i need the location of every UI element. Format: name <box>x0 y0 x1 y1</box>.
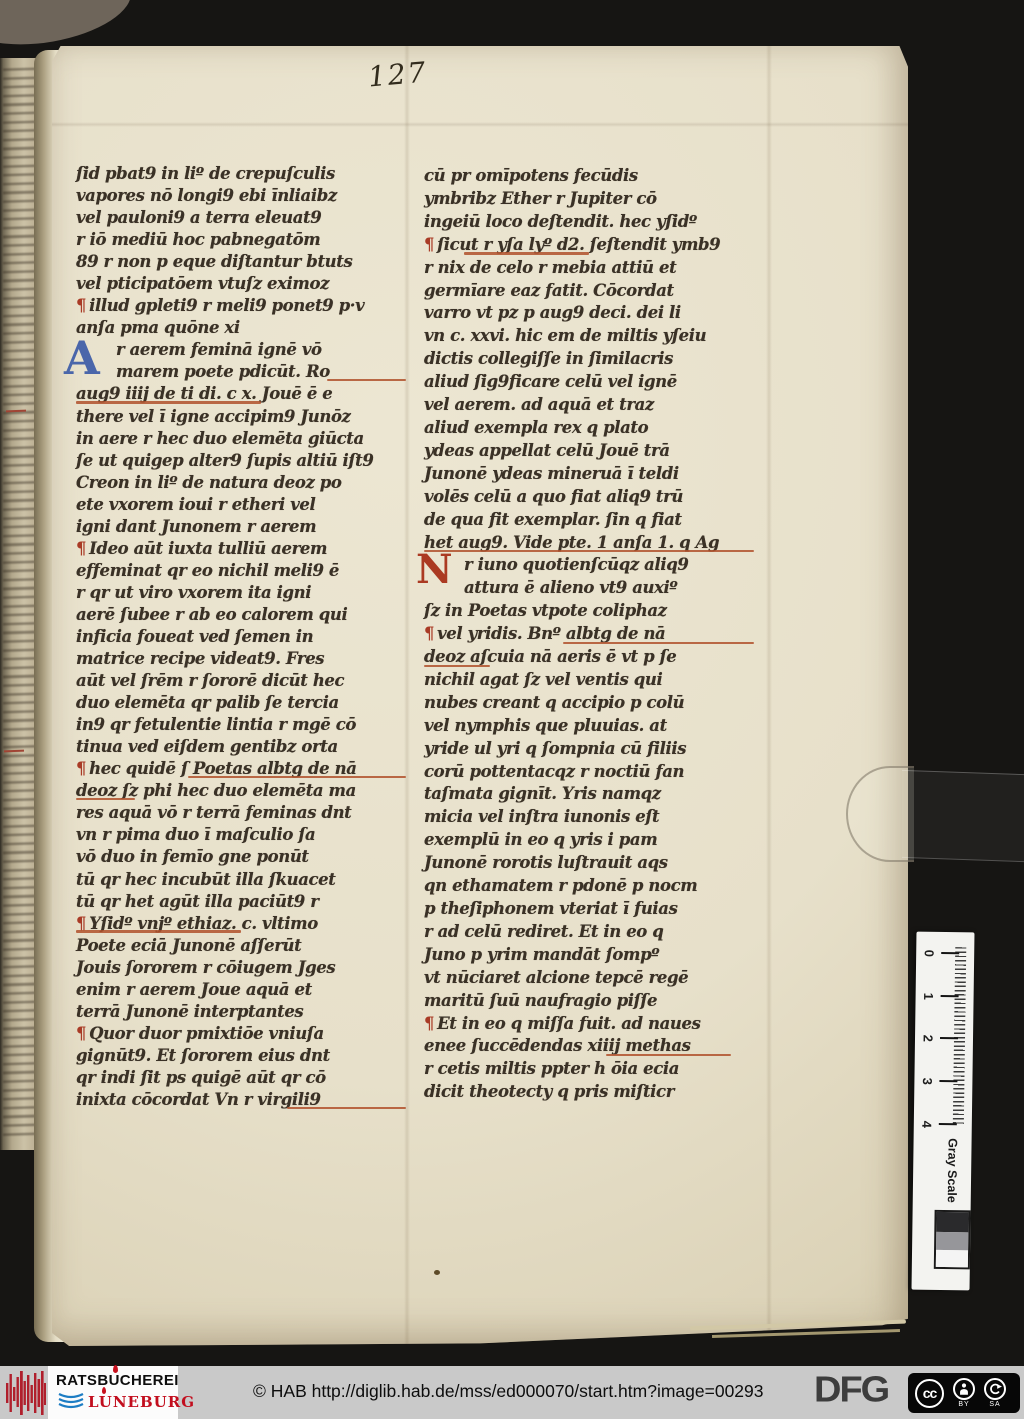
manuscript-line: aug9 iiij de ti di. c x. Jouē ē e <box>76 383 406 405</box>
manuscript-line: vn c. xxvi. hic em de miltis yſeiu <box>424 325 754 348</box>
manuscript-line: r qr ut viro vxorem ita igni <box>76 582 406 604</box>
manuscript-line: r ad celū rediret. Et in eo q <box>424 921 754 944</box>
manuscript-line: inixta cōcordat Vn r virgili9 <box>76 1089 406 1111</box>
manuscript-line: res aquā vō r terrā feminas dnt <box>76 802 406 824</box>
library-name: RATSBUCHEREI <box>56 1372 179 1389</box>
ruler-major-tick <box>939 1080 957 1082</box>
ruler-number: 2 <box>920 1031 935 1047</box>
rubric-paragraph-mark: ¶ <box>76 539 86 558</box>
manuscript-line: tū qr het agūt illa paciūt9 r <box>76 891 406 913</box>
manuscript-line: vel pauloni9 a terra eleuat9 <box>76 207 406 229</box>
cc-by-icon: BY <box>953 1378 975 1408</box>
manuscript-line: ingeiū loco deſtendit. hec yſidº <box>424 211 754 234</box>
manuscript-line: ¶hec quidē ſ Poetas albtg de nā <box>76 758 406 780</box>
ratsbuecherei-logo-icon <box>6 1371 46 1415</box>
manuscript-line: corū pottentacqz r noctiū fan <box>424 761 754 784</box>
ruler-number: 0 <box>922 945 937 961</box>
manuscript-line: Jouis ſororem r cōiugem Jges <box>76 957 406 979</box>
manuscript-line: vn r pima duo ī maſculio ſa <box>76 824 406 846</box>
manuscript-line: r iō mediū hoc pabnegatōm <box>76 229 406 251</box>
library-city: LUNEBURG <box>88 1393 195 1411</box>
manuscript-line: anſa pma quōne xi <box>76 317 406 339</box>
rubric-underline <box>76 401 261 403</box>
manuscript-line: ydeas appellat celū Jouē trā <box>424 440 754 463</box>
illuminated-initial: A <box>64 335 100 381</box>
gray-scale-ruler: Gray Scale 01234 <box>912 932 975 1291</box>
ruler-major-tick <box>941 995 959 997</box>
rubric-paragraph-mark: ¶ <box>424 1014 434 1033</box>
rubric-underline <box>76 930 241 932</box>
manuscript-line: ſe ut quigep alter9 ſupis altiū iſt9 <box>76 450 406 472</box>
manuscript-line: qr indi ſit ps quigē aūt qr cō <box>76 1067 406 1089</box>
manuscript-line: vel pticipatōem vtuſz eximoz <box>76 273 406 295</box>
manuscript-line: vō duo in femīo gne ponūt <box>76 846 406 868</box>
rubric-underline <box>188 776 406 778</box>
manuscript-line: vapores nō longi9 ebi īnliaibz <box>76 185 406 207</box>
manuscript-line: duo elemēta qr palib ſe tercia <box>76 692 406 714</box>
illuminated-initial: N <box>416 550 453 590</box>
manuscript-line: effeminat qr eo nichil meli9 ē <box>76 560 406 582</box>
book-icon <box>58 1392 84 1412</box>
page-holder-strip <box>902 770 1024 862</box>
manuscript-line: ¶Yſidº vnjº ethiaz. c. vltimo <box>76 913 406 935</box>
manuscript-line: varro vt pz p aug9 deci. dei li <box>424 302 754 325</box>
manuscript-line: inficia foueat ved ſemen in <box>76 626 406 648</box>
patch-black <box>936 1212 968 1232</box>
rubric-paragraph-mark: ¶ <box>76 1024 86 1043</box>
manuscript-line: vt nūciaret alcione tepcē regē <box>424 967 754 990</box>
cc-license-badge: cc BY SA <box>908 1373 1020 1413</box>
patch-white <box>936 1250 968 1267</box>
rubric-underline <box>606 1054 731 1056</box>
manuscript-line: igni dant Junonem r aerem <box>76 516 406 538</box>
manuscript-line: r iuno quotienſcūqz aliq9 <box>424 554 754 577</box>
horizontal-crease <box>52 122 908 127</box>
digitized-manuscript-photo: 127 ſid pbat9 in liº de crepuſculisvapor… <box>0 0 1024 1419</box>
manuscript-line: yride ul yri q ſompnia cū filiis <box>424 738 754 761</box>
person-icon <box>957 1382 971 1396</box>
manuscript-line: enim r aerem Joue aquā et <box>76 979 406 1001</box>
manuscript-line: terrā Junonē interptantes <box>76 1001 406 1023</box>
ruler-minor-ticks <box>953 947 966 1125</box>
manuscript-line: de qua fit exemplar. ſin q fiat <box>424 509 754 532</box>
manuscript-line: r nix de celo r mebia attiū et <box>424 257 754 280</box>
manuscript-line: ¶Quor duor pmixtiōe vniuſa <box>76 1023 406 1045</box>
rubric-underline <box>563 642 754 644</box>
manuscript-line: r aerem feminā ignē vō <box>76 339 406 361</box>
manuscript-line: ſid pbat9 in liº de crepuſculis <box>76 163 406 185</box>
manuscript-line: vel nymphis que pluuias. at <box>424 715 754 738</box>
rubric-paragraph-mark: ¶ <box>76 759 86 778</box>
dfg-logo: DFG <box>814 1370 888 1411</box>
manuscript-line: Junonē rorotis luſtrauit aqs <box>424 852 754 875</box>
manuscript-line: ſz in Poetas vtpote coliphaz <box>424 600 754 623</box>
manuscript-line: matrice recipe videat9. Fres <box>76 648 406 670</box>
manuscript-line: dicit theotecty q pris miſticr <box>424 1081 754 1104</box>
manuscript-line: tū qr hec incubūt illa ſkuacet <box>76 869 406 891</box>
manuscript-line: Juno p yrim mandāt ſompº <box>424 944 754 967</box>
manuscript-line: micia vel inſtra iunonis eſt <box>424 806 754 829</box>
footer-bar: RATSBUCHEREI LUNEBURG © HAB http://digli… <box>0 1366 1024 1419</box>
marginal-rubric-mark <box>4 750 24 753</box>
ruler-major-tick <box>941 952 959 954</box>
manuscript-line: ymbribz Ether r Jupiter cō <box>424 188 754 211</box>
manuscript-line: in aere r hec duo elemēta giūcta <box>76 428 406 450</box>
ruler-major-tick <box>940 1037 958 1039</box>
manuscript-line: aliud ſig9ficare celū vel ignē <box>424 371 754 394</box>
text-column-left: ſid pbat9 in liº de crepuſculisvapores n… <box>76 163 406 1111</box>
manuscript-line: deoz aſcuia nā aeris ē vt p ſe <box>424 646 754 669</box>
rubric-paragraph-mark: ¶ <box>424 624 434 643</box>
manuscript-line: ¶Et in eo q miſſa fuit. ad naues <box>424 1013 754 1036</box>
manuscript-line: aūt vel ſrēm r ſororē dicūt hec <box>76 670 406 692</box>
rubric-paragraph-mark: ¶ <box>76 296 86 315</box>
copyright-url: © HAB http://diglib.hab.de/mss/ed000070/… <box>253 1381 764 1402</box>
manuscript-line: ¶vel yridis. Bnº albtg de nā <box>424 623 754 646</box>
manuscript-line: Poete eciā Junonē aſſerūt <box>76 935 406 957</box>
manuscript-line: 89 r non p eque diſtantur btuts <box>76 251 406 273</box>
rubric-underline <box>327 379 406 381</box>
manuscript-line: gignūt9. Et ſororem eius dnt <box>76 1045 406 1067</box>
manuscript-line: exemplū in eo q yris i pam <box>424 829 754 852</box>
manuscript-line: dictis collegiſſe in ſimilacris <box>424 348 754 371</box>
gray-scale-label: Gray Scale <box>945 1138 960 1203</box>
manuscript-line: there vel ī igne accipim9 Junōz <box>76 406 406 428</box>
manuscript-line: deoz ſz phi hec duo elemēta ma <box>76 780 406 802</box>
margin-ruling-crease <box>766 46 772 1346</box>
manuscript-line: germīare eaz fatit. Cōcordat <box>424 280 754 303</box>
ruler-major-tick <box>939 1123 957 1125</box>
marginal-rubric-mark <box>6 410 26 413</box>
ruler-number: 1 <box>921 988 936 1004</box>
cc-sa-icon: SA <box>984 1378 1006 1408</box>
manuscript-line: nubes creant q accipio p colū <box>424 692 754 715</box>
manuscript-line: qn ethamatem r pdonē p nocm <box>424 875 754 898</box>
manuscript-line: ¶illud gpleti9 r meli9 ponet9 p·v <box>76 295 406 317</box>
manuscript-line: Creon in liº de natura deoz po <box>76 472 406 494</box>
rubric-underline <box>287 1107 406 1109</box>
manuscript-line: cū pr omīpotens fecūdis <box>424 165 754 188</box>
manuscript-page: 127 ſid pbat9 in liº de crepuſculisvapor… <box>52 46 908 1346</box>
manuscript-line: ¶Ideo aūt iuxta tulliū aerem <box>76 538 406 560</box>
gray-scale-patches <box>934 1210 971 1269</box>
manuscript-line: Junonē ydeas mineruā ī teldi <box>424 463 754 486</box>
patch-gray <box>936 1232 968 1250</box>
manuscript-line: aerē ſubee r ab eo calorem qui <box>76 604 406 626</box>
manuscript-line: aliud exempla rex q plato <box>424 417 754 440</box>
folio-number: 127 <box>367 55 429 93</box>
manuscript-line: volēs celū a quo fiat aliq9 trū <box>424 486 754 509</box>
manuscript-line: het aug9. Vide pte. 1 anſa 1. q Ag <box>424 532 754 555</box>
ruler-number: 3 <box>920 1073 935 1089</box>
text-column-right: cū pr omīpotens fecūdisymbribz Ether r J… <box>424 165 754 1104</box>
manuscript-line: taſmata gignīt. Yris namqz <box>424 783 754 806</box>
manuscript-line: in9 qr fetulentie lintia r mgē cō <box>76 714 406 736</box>
ruler-number: 4 <box>919 1116 934 1132</box>
rubric-paragraph-mark: ¶ <box>424 235 434 254</box>
manuscript-line: tinua ved eiſdem gentibz orta <box>76 736 406 758</box>
manuscript-line: ¶ſicut r yſa lyº d2. ſeſtendit ymb9 <box>424 234 754 257</box>
manuscript-line: r cetis miltis ppter h ōia ecia <box>424 1058 754 1081</box>
manuscript-line: vel aerem. ad aquā et traz <box>424 394 754 417</box>
cc-logo-icon: cc <box>915 1379 944 1408</box>
manuscript-line: ete vxorem ioui r etheri vel <box>76 494 406 516</box>
rubric-underline <box>424 550 754 552</box>
share-alike-arrow-icon <box>988 1382 1002 1396</box>
manuscript-line: maritū ſuū naufragio piſſe <box>424 990 754 1013</box>
rubric-underline <box>464 252 589 254</box>
manuscript-line: enee ſuccēdendas xiiij methas <box>424 1035 754 1058</box>
manuscript-line: marem poete pdicūt. Ro <box>76 361 406 383</box>
manuscript-line: attura ē alieno vt9 auxiº <box>424 577 754 600</box>
manuscript-line: p theſiphonem vteriat ī fuias <box>424 898 754 921</box>
manuscript-line: nichil agat ſz vel ventis qui <box>424 669 754 692</box>
ink-spot <box>434 1270 440 1275</box>
rubric-underline <box>424 665 490 667</box>
